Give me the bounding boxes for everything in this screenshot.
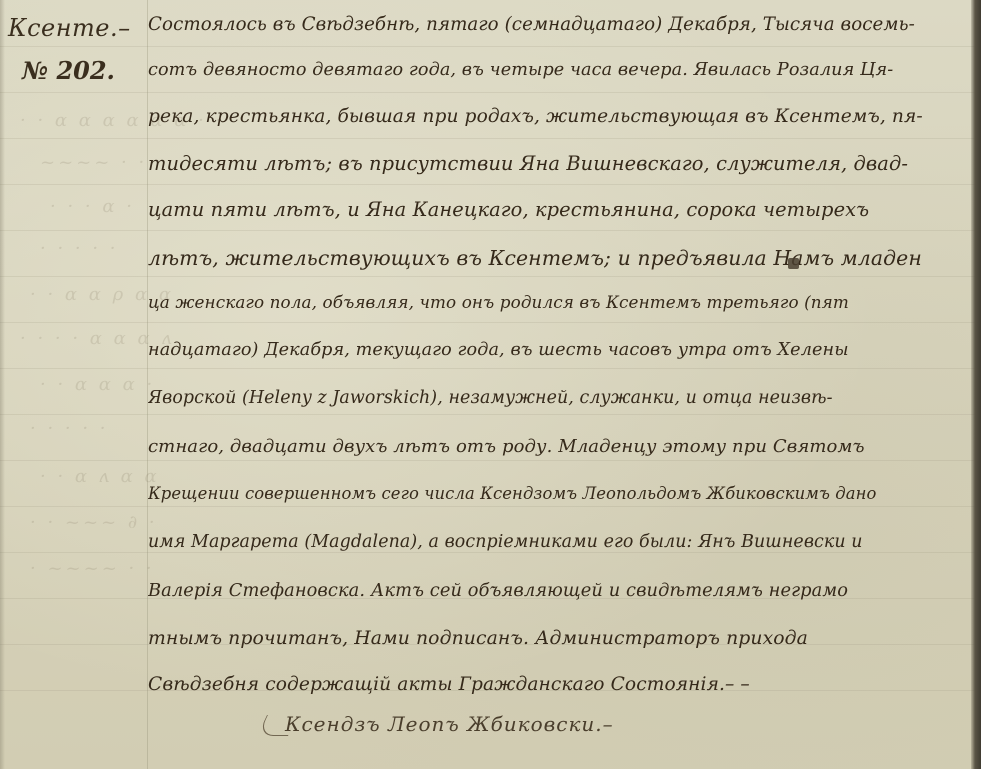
record-line-11: Крещении совершенномъ сего числа Ксендзо… xyxy=(148,484,970,503)
record-line-13: Валерія Стефановска. Актъ сей объявляюще… xyxy=(148,580,970,601)
bleed-through-mark: · · ɑ ɑ ɑ · xyxy=(40,374,155,395)
scanned-document-page: Ксенте.– № 202. · · ɑ ɑ ɑ ɑ ɑ ɑ · · ~~~~… xyxy=(0,0,981,769)
bleed-through-mark: · · · · · xyxy=(40,238,119,259)
record-line-6: лѣтъ, жительствующихъ въ Ксентемъ; и пре… xyxy=(148,246,970,270)
bleed-through-mark: ~~~~ · · · xyxy=(40,152,165,173)
record-line-2: сотъ девяносто девятаго года, въ четыре … xyxy=(148,60,970,80)
record-line-8: надцатаго) Декабря, текущаго года, въ ше… xyxy=(148,340,970,360)
bleed-through-mark: · · ɑ ʌ ɑ ɑ xyxy=(40,466,160,487)
bleed-through-mark: · ~~~~ · · xyxy=(30,558,155,579)
record-line-9: Яворской (Heleny z Jaworskich), незамужн… xyxy=(148,388,970,408)
scan-left-shadow xyxy=(0,0,5,769)
binding-edge xyxy=(971,0,981,769)
record-line-7: ца женскаго пола, объявляя, что онъ роди… xyxy=(148,292,970,312)
margin-village-name: Ксенте.– xyxy=(8,14,131,42)
record-line-5: цати пяти лѣтъ, и Яна Канецкаго, крестья… xyxy=(148,198,970,221)
bleed-through-mark: · · · · · xyxy=(30,418,109,439)
priest-signature: Ксендзъ Леопъ Жбиковски.– xyxy=(285,712,614,736)
record-line-14: тнымъ прочитанъ, Нами подписанъ. Админис… xyxy=(148,628,970,649)
bleed-through-mark: · · · ɑ · xyxy=(50,196,135,217)
record-line-4: тидесяти лѣтъ; въ присутствии Яна Вишнев… xyxy=(148,152,970,175)
record-line-3: река, крестьянка, бывшая при родахъ, жит… xyxy=(148,106,970,127)
margin-record-number: № 202. xyxy=(22,56,115,85)
bleed-through-mark: · · ~~~ ∂ · xyxy=(30,512,158,533)
ink-blot xyxy=(788,258,799,269)
record-line-15: Свѣдзебня содержащій акты Гражданскаго С… xyxy=(148,674,970,695)
record-line-12: имя Маргарета (Magdalena), а воспріемник… xyxy=(148,532,970,552)
record-line-10: стнаго, двадцати двухъ лѣтъ отъ роду. Мл… xyxy=(148,436,970,457)
record-line-1: Состоялось въ Свѣдзебнѣ, пятаго (семнадц… xyxy=(148,14,970,35)
